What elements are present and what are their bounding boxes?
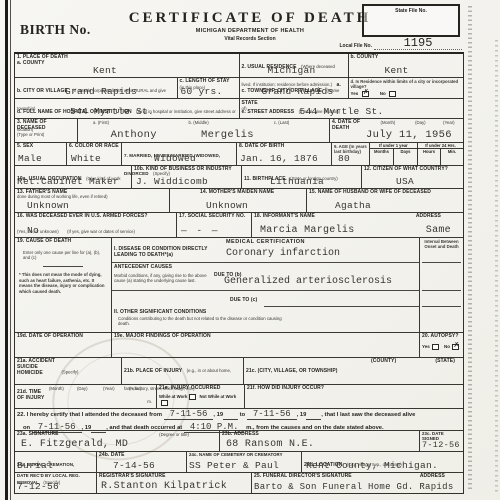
checkbox-no-icon (389, 91, 396, 97)
certificate-form: 1. PLACE OF DEATH a. COUNTY Kent b. CITY… (14, 52, 464, 494)
armed-forces-note2: (If yes, give war or dates of service) (67, 229, 135, 234)
injury-city-label: 21c. (CITY, VILLAGE, OR TOWNSHIP) (246, 368, 338, 374)
months-label: Months (370, 149, 393, 165)
injury-day-label: (Day) (77, 386, 88, 391)
autopsy-checkboxes: Yes No✗ (422, 344, 461, 350)
field-place-of-injury: 21b. PLACE OF INJURY (e.g., in or about … (121, 358, 243, 384)
row-certification: 22. I hereby certify that I attended the… (15, 408, 463, 430)
first-name-value: Anthony (111, 129, 157, 141)
place-of-injury-label: 21b. PLACE OF INJURY (124, 368, 182, 374)
field-funeral-director: 25. FUNERAL DIRECTOR'S SIGNATURE ADDRESS… (251, 473, 463, 493)
binding-edge-line-2 (10, 0, 11, 500)
dob-label: 8. DATE OF BIRTH (239, 144, 329, 150)
hospital-value: 544 Myrtle St. (70, 106, 154, 117)
injury-year-label: (Year) (103, 386, 115, 391)
interval-label: Interval Between Onset and Death (422, 239, 461, 250)
place-of-death-block: 1. PLACE OF DEATH a. COUNTY Kent b. CITY… (15, 54, 239, 118)
field-county: 1. PLACE OF DEATH a. COUNTY Kent (15, 54, 239, 77)
stay-value: 60 yrs. (181, 86, 223, 97)
not-while-at-work-checkbox-icon (161, 400, 168, 406)
burial-date-label: 24b. DATE (99, 453, 184, 459)
mother-label: 14. MOTHER'S MAIDEN NAME (200, 190, 304, 196)
state-file-box: State File No. (362, 4, 460, 37)
field-armed-forces: 16. WAS DECEASED EVER IN U.S. ARMED FORC… (15, 213, 176, 237)
interval-column: Interval Between Onset and Death (419, 238, 463, 332)
race-value: White (71, 153, 101, 164)
injury-occurred-label: 21e. INJURY OCCURRED (159, 386, 242, 392)
cemetery-label: 24c. NAME OF CEMETERY OR CREMATORY (189, 453, 299, 458)
informant-value: Marcia Margelis (260, 225, 355, 236)
field-informant: 18. INFORMANT'S NAME ADDRESS Marcia Marg… (251, 213, 463, 237)
other-conditions-note: Conditions contributing to the death but… (118, 316, 288, 327)
field-residence-state: 2. USUAL RESIDENCE (Where deceased lived… (240, 54, 348, 77)
funeral-address-label: ADDRESS (420, 474, 445, 480)
cemetery-value: SS Peter & Paul (189, 460, 279, 471)
other-conditions-label: II. OTHER SIGNIFICANT CONDITIONS (114, 310, 206, 316)
signature-value: E. Fitzgerald, MD (21, 439, 128, 450)
how-injury-label: 21f. HOW DID INJURY OCCUR? (247, 386, 461, 392)
attended-from-value: 7-11-56 (164, 410, 214, 420)
row-service-informant: 16. WAS DECEASED EVER IN U.S. ARMED FORC… (15, 212, 463, 237)
industry-label: 10b. KIND OF BUSINESS OR INDUSTRY (134, 167, 239, 173)
field-city-village: b. CITY OR VILLAGE (If outside corporate… (15, 78, 177, 98)
physician-address-label: 23b. ADDRESS (222, 432, 417, 438)
field-injury-location: 21c. (CITY, VILLAGE, OR TOWNSHIP) (COUNT… (243, 358, 463, 384)
field-accident-suicide: 21a. ACCIDENT SUICIDE HOMICIDE (Specify) (15, 358, 121, 384)
row-parents: 13. FATHER'S NAME Unknown 14. MOTHER'S M… (15, 188, 463, 212)
cause-left-column: 19. CAUSE OF DEATH Enter only one cause … (15, 238, 111, 332)
field-occupation: 10a. USUAL OCCUPATION (Give kind of work… (15, 166, 131, 188)
local-file-label: Local File No. (339, 43, 372, 50)
first-label: a. (First) (93, 120, 109, 125)
antecedent-label: ANTECEDENT CAUSES (114, 265, 172, 271)
field-date-received: DATE REC'D BY LOCAL REG. 7-12-56 (15, 473, 96, 493)
street-label: e. STREET ADDRESS (242, 109, 295, 115)
field-burial-location: 24d. LOCATION (City, village, twp., or c… (301, 452, 463, 472)
attended-to-value: 7-11-56 (247, 410, 297, 420)
injury-hour-label: (Hour) (129, 386, 141, 391)
field-race: 6. COLOR OR RACE White (66, 143, 121, 165)
registrar-signature-label: REGISTRAR'S SIGNATURE (99, 474, 249, 480)
time-of-injury-label: 21d. TIME OF INJURY (17, 390, 47, 402)
armed-forces-value: No (27, 225, 39, 236)
stay-label: c. LENGTH OF STAY (180, 79, 237, 85)
race-label: 6. COLOR OR RACE (69, 144, 119, 150)
field-signature: 23a. SIGNATURE (Degree or title) E. Fitz… (15, 431, 219, 451)
dod-label: 4. DATE OF DEATH (332, 120, 362, 132)
burial-location-value: Kent County, Michigan. (306, 460, 438, 471)
cause-section-label: 19. CAUSE OF DEATH (17, 239, 109, 245)
injury-m-label: m. (147, 399, 152, 404)
field-mother: 14. MOTHER'S MAIDEN NAME Unknown (169, 189, 306, 212)
field-spouse: 15. NAME OF HUSBAND OR WIFE OF DECEASED … (306, 189, 463, 212)
city-label: b. CITY OR VILLAGE (17, 88, 68, 94)
occupation-value: Ret.Cabinet Maker (17, 176, 119, 187)
field-residence-limits: d. Is Residence within limits of a city … (348, 78, 464, 98)
while-at-work-checkbox-icon (189, 394, 196, 400)
cause-a-value: Coronary infarction (226, 248, 340, 259)
dod-day-label: (Day) (415, 120, 426, 125)
field-physician-address: 23b. ADDRESS 68 Ransom N.E. (219, 431, 419, 451)
spouse-label: 15. NAME OF HUSBAND OR WIFE OF DECEASED (309, 190, 461, 196)
city-value: Grand Rapids (65, 86, 137, 97)
limits-no-label: No (380, 91, 386, 96)
field-date-signed: 23c. DATE SIGNED 7-12-56 (419, 431, 463, 451)
row-burial: 24a. BURIAL, CREMATION, REMOVAL (Specify… (15, 451, 463, 472)
dod-value: July 11, 1956 (366, 129, 452, 141)
limits-yes-label: Yes (351, 91, 359, 96)
field-burial: 24a. BURIAL, CREMATION, REMOVAL (Specify… (15, 452, 96, 472)
disease-label: I. DISEASE OR CONDITION DIRECTLY LEADING… (114, 247, 226, 259)
row-name-dod: 3. NAME OF DECEASED (Type or Print) a. (… (15, 118, 463, 142)
middle-label: b. (Middle) (188, 120, 208, 125)
dob-value: Jan. 16, 1876 (240, 153, 318, 164)
date-received-value: 7-12-56 (17, 481, 59, 492)
residence-county-label: b. COUNTY (351, 55, 462, 61)
field-street-address: e. STREET ADDRESS (If rural, give locati… (240, 99, 464, 118)
field-residence-county: b. COUNTY Kent (348, 54, 464, 77)
field-cemetery: 24c. NAME OF CEMETERY OR CREMATORY SS Pe… (186, 452, 301, 472)
field-length-of-stay: c. LENGTH OF STAY (in this place) 60 yrs… (177, 78, 239, 98)
field-major-findings: 19e. MAJOR FINDINGS OF OPERATION (111, 333, 419, 357)
row-injury-1: 21a. ACCIDENT SUICIDE HOMICIDE (Specify)… (15, 357, 463, 384)
field-autopsy: 20. AUTOPSY? Yes No✗ (419, 333, 463, 357)
cause-footnote: * This does not mean the mode of dying, … (19, 272, 107, 293)
county-value: Kent (93, 65, 117, 76)
local-file: Local File No. 1195 (339, 37, 462, 50)
burial-date-value: 7-14-56 (113, 460, 155, 471)
registrar-signature-value: R.Stanton Kilpatrick (101, 481, 227, 492)
field-hospital: d. FULL NAME OF HOSPITAL OR INSTITUTION … (15, 99, 239, 118)
field-how-injury: 21f. HOW DID INJURY OCCUR? (244, 385, 463, 408)
ssn-value: — - — (181, 225, 220, 236)
row-occupation: 10a. USUAL OCCUPATION (Give kind of work… (15, 165, 463, 188)
informant-address-value: Same (426, 225, 451, 236)
death-certificate-scan: CERTIFICATE OF DEATH MICHIGAN DEPARTMENT… (0, 0, 500, 500)
state-file-label: State File No. (395, 8, 427, 14)
row-registrar: DATE REC'D BY LOCAL REG. 7-12-56 REGISTR… (15, 472, 463, 493)
field-industry: 10b. KIND OF BUSINESS OR INDUSTRY J. Wid… (131, 166, 241, 188)
due-c-label: DUE TO (c) (230, 298, 257, 304)
field-age-under-1yr: If under 1 year Months Days (369, 143, 417, 165)
field-date-of-operation: 19d. DATE OF OPERATION (15, 333, 111, 357)
sex-label: 5. SEX (17, 144, 64, 150)
field-ssn: 17. SOCIAL SECURITY NO. — - — (176, 213, 251, 237)
sex-value: Male (18, 153, 42, 164)
row-signature: 23a. SIGNATURE (Degree or title) E. Fitz… (15, 430, 463, 451)
spouse-value: Agatha (335, 200, 371, 211)
street-value: 544 Myrtle St. (300, 106, 384, 117)
medical-certification-label: MEDICAL CERTIFICATION (112, 239, 419, 245)
accident-note: (Specify) (61, 370, 78, 375)
min-label: Min. (440, 149, 463, 165)
morbid-note: Morbid conditions, if any, giving rise t… (114, 273, 210, 284)
autopsy-no: No✗ (444, 344, 461, 350)
certification-line-1: 22. I hereby certify that I attended the… (17, 410, 461, 420)
injury-occurred-checkboxes: While at Work Not While at Work (159, 394, 242, 406)
field-name: a. (First) b. (Middle) c. (Last) Anthony… (77, 119, 329, 142)
dod-year-label: (Year) (443, 120, 455, 125)
field-name-label-block: 3. NAME OF DECEASED (Type or Print) (15, 119, 77, 142)
funeral-director-value: Barto & Son Funeral Home Gd. Rapids (254, 482, 454, 492)
birth-no-label: BIRTH No. (20, 22, 91, 38)
field-township: c. TOWNSHIP, CITY OR VILLAGE (Name of) G… (240, 78, 348, 98)
field-birthplace: 11. BIRTHPLACE (State or foreign country… (241, 166, 361, 188)
name-note: (Type or Print) (17, 132, 75, 137)
armed-forces-label: 16. WAS DECEASED EVER IN U.S. ARMED FORC… (17, 214, 174, 220)
field-age: 9. AGE (In years last birthday) 80 (331, 143, 369, 165)
last-name-value: Mergelis (201, 129, 254, 141)
township-value: Grand Rapids (262, 86, 334, 97)
injury-county-label: (COUNTY) (371, 359, 396, 365)
industry-value: J. Widdicomb (136, 176, 208, 187)
field-sex: 5. SEX Male (15, 143, 66, 165)
autopsy-label: 20. AUTOPSY? (422, 334, 461, 340)
local-file-value: 1195 (374, 37, 462, 50)
row-operation-autopsy: 19d. DATE OF OPERATION 19e. MAJOR FINDIN… (15, 332, 463, 357)
birthplace-value: Lithuania (270, 176, 324, 187)
mother-value: Unknown (206, 200, 248, 211)
cause-b-value: Generalized arteriosclerosis (224, 276, 392, 287)
ssn-label: 17. SOCIAL SECURITY NO. (179, 214, 249, 220)
last-label: c. (Last) (274, 120, 290, 125)
injury-state-label: (STATE) (435, 359, 455, 365)
autopsy-checkbox-no-checked-icon: ✗ (452, 344, 459, 350)
checkbox-yes-checked-icon: ✗ (362, 91, 369, 97)
binding-edge-line (5, 0, 8, 500)
field-dob: 8. DATE OF BIRTH Jan. 16, 1876 (236, 143, 331, 165)
field-registrar-signature: REGISTRAR'S SIGNATURE R.Stanton Kilpatri… (96, 473, 251, 493)
accident-label: 21a. ACCIDENT SUICIDE HOMICIDE (17, 359, 57, 376)
county-label: a. COUNTY (17, 61, 237, 67)
limits-checkboxes: Yes ✗ No (351, 91, 462, 97)
father-label: 13. FATHER'S NAME (17, 190, 167, 196)
residence-county-value: Kent (385, 65, 409, 76)
citizenship-label: 12. CITIZEN OF WHAT COUNTRY? (364, 167, 461, 173)
date-of-operation-label: 19d. DATE OF OPERATION (17, 334, 109, 340)
age-value: 80 (338, 153, 350, 164)
informant-address-label: ADDRESS (416, 214, 441, 220)
residence-state-value: Michigan (268, 65, 316, 76)
autopsy-yes: Yes (422, 344, 441, 350)
father-value: Unknown (27, 200, 69, 211)
citizenship-value: USA (396, 176, 414, 187)
field-citizenship: 12. CITIZEN OF WHAT COUNTRY? USA (361, 166, 463, 188)
date-received-label: DATE REC'D BY LOCAL REG. (17, 474, 94, 479)
margin-perforation-marks-2 (495, 40, 498, 492)
field-time-of-injury: 21d. TIME OF INJURY (Month) (Day) (Year)… (15, 385, 156, 408)
field-father: 13. FATHER'S NAME Unknown (15, 189, 169, 212)
field-date-of-death: 4. DATE OF DEATH (Month) (Day) (Year) Ju… (329, 119, 463, 142)
burial-value: Burial (17, 460, 53, 471)
row-vital-stats: 5. SEX Male 6. COLOR OR RACE White 7. MA… (15, 142, 463, 165)
marital-value: Widowed (154, 153, 196, 164)
row-place-residence: 1. PLACE OF DEATH a. COUNTY Kent b. CITY… (15, 54, 463, 118)
days-label: Days (393, 149, 417, 165)
dod-month-label: (Month) (381, 120, 396, 125)
name-label: 3. NAME OF DECEASED (17, 120, 75, 132)
field-age-under-24hr: If under 24 Hrs. Hours Min. (417, 143, 463, 165)
field-injury-occurred: 21e. INJURY OCCURRED While at Work Not W… (156, 385, 244, 408)
signature-note: (Degree or title) (159, 432, 189, 437)
major-findings-label: 19e. MAJOR FINDINGS OF OPERATION (114, 334, 417, 340)
physician-address-value: 68 Ransom N.E. (226, 439, 314, 450)
date-signed-value: 7-12-56 (422, 440, 460, 450)
hours-label: Hours (418, 149, 440, 165)
cause-main-column: MEDICAL CERTIFICATION I. DISEASE OR COND… (111, 238, 419, 332)
autopsy-checkbox-yes-icon (432, 344, 439, 350)
injury-month-label: (Month) (49, 386, 64, 391)
field-marital-status: 7. MARRIED, NEVER MARRIED, WIDOWED, DIVO… (121, 143, 236, 165)
field-burial-date: 24b. DATE 7-14-56 (96, 452, 186, 472)
margin-perforation-marks (468, 6, 472, 492)
usual-residence-block: 2. USUAL RESIDENCE (Where deceased lived… (239, 54, 464, 118)
cause-enter-note: Enter only one cause per line for (a), (… (23, 250, 107, 261)
row-cause-of-death: 19. CAUSE OF DEATH Enter only one cause … (15, 237, 463, 332)
row-injury-2: 21d. TIME OF INJURY (Month) (Day) (Year)… (15, 384, 463, 408)
